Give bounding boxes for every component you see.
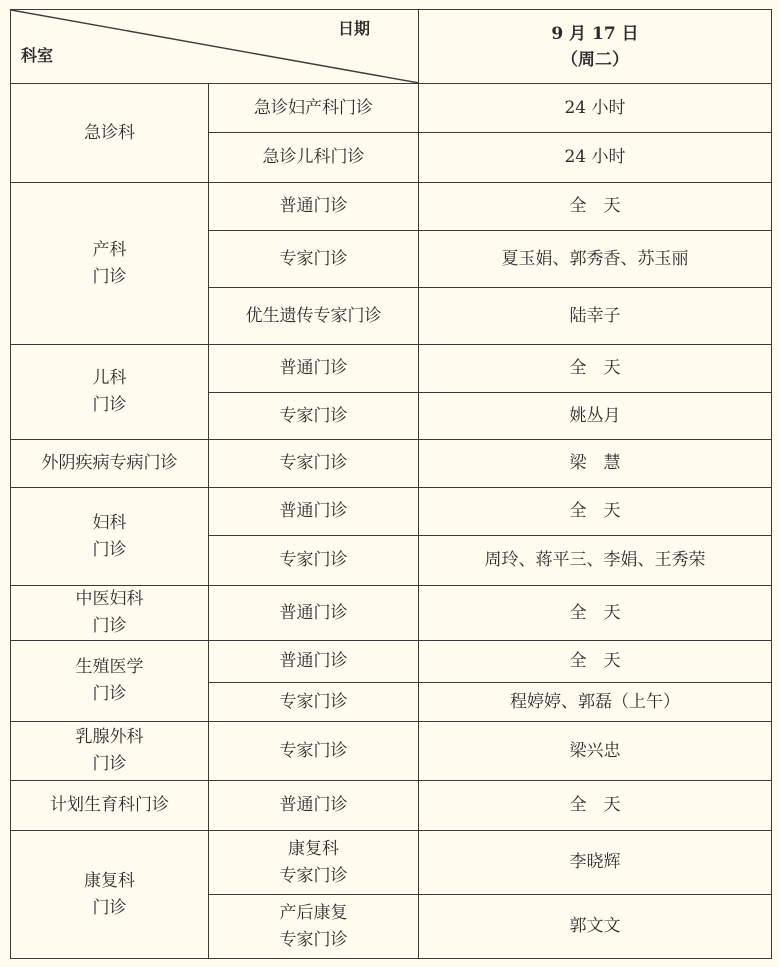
clinic-type-cell: 康复科 专家门诊 xyxy=(209,831,419,895)
clinic-type-cell: 优生遗传专家门诊 xyxy=(209,288,419,345)
schedule-cell: 陆幸子 xyxy=(419,288,772,345)
clinic-type-cell: 专家门诊 xyxy=(209,440,419,488)
clinic-type-cell: 普通门诊 xyxy=(209,641,419,683)
clinic-type-cell: 产后康复 专家门诊 xyxy=(209,895,419,959)
clinic-type-cell: 专家门诊 xyxy=(209,722,419,781)
department-cell: 急诊科 xyxy=(11,84,209,183)
table-row: 妇科 门诊 普通门诊 全 天 xyxy=(11,488,772,536)
schedule-cell: 24 小时 xyxy=(419,133,772,183)
table-row: 乳腺外科 门诊 专家门诊 梁兴忠 xyxy=(11,722,772,781)
department-cell: 中医妇科 门诊 xyxy=(11,586,209,641)
schedule-cell: 李晓辉 xyxy=(419,831,772,895)
schedule-cell: 程婷婷、郭磊（上午） xyxy=(419,683,772,722)
clinic-type-cell: 普通门诊 xyxy=(209,183,419,231)
department-cell: 外阴疾病专病门诊 xyxy=(11,440,209,488)
date-header-cell: 9 月 17 日 （周二） xyxy=(419,10,772,84)
schedule-cell: 24 小时 xyxy=(419,84,772,133)
department-cell: 生殖医学 门诊 xyxy=(11,641,209,722)
schedule-cell: 全 天 xyxy=(419,781,772,831)
department-cell: 计划生育科门诊 xyxy=(11,781,209,831)
department-cell: 康复科 门诊 xyxy=(11,831,209,959)
department-axis-label: 科室 xyxy=(21,42,53,69)
department-cell: 产科 门诊 xyxy=(11,183,209,345)
clinic-type-cell: 专家门诊 xyxy=(209,536,419,586)
schedule-cell: 郭文文 xyxy=(419,895,772,959)
schedule-cell: 周玲、蒋平三、李娟、王秀荣 xyxy=(419,536,772,586)
schedule-cell: 夏玉娟、郭秀香、苏玉丽 xyxy=(419,231,772,288)
table-row: 生殖医学 门诊 普通门诊 全 天 xyxy=(11,641,772,683)
table-row: 产科 门诊 普通门诊 全 天 xyxy=(11,183,772,231)
clinic-type-cell: 普通门诊 xyxy=(209,781,419,831)
department-cell: 妇科 门诊 xyxy=(11,488,209,586)
schedule-cell: 全 天 xyxy=(419,641,772,683)
clinic-type-cell: 急诊妇产科门诊 xyxy=(209,84,419,133)
weekday-label: （周二） xyxy=(419,47,771,73)
schedule-cell: 梁兴忠 xyxy=(419,722,772,781)
clinic-type-cell: 普通门诊 xyxy=(209,345,419,393)
department-cell: 儿科 门诊 xyxy=(11,345,209,440)
date-label: 9 月 17 日 xyxy=(419,21,771,47)
schedule-cell: 梁 慧 xyxy=(419,440,772,488)
schedule-cell: 姚丛月 xyxy=(419,393,772,440)
clinic-type-cell: 专家门诊 xyxy=(209,393,419,440)
schedule-cell: 全 天 xyxy=(419,345,772,393)
table-row: 急诊科 急诊妇产科门诊 24 小时 xyxy=(11,84,772,133)
clinic-type-cell: 专家门诊 xyxy=(209,231,419,288)
table-row: 康复科 门诊 康复科 专家门诊 李晓辉 xyxy=(11,831,772,895)
table-row: 儿科 门诊 普通门诊 全 天 xyxy=(11,345,772,393)
clinic-type-cell: 专家门诊 xyxy=(209,683,419,722)
date-axis-label: 日期 xyxy=(338,15,370,42)
schedule-cell: 全 天 xyxy=(419,586,772,641)
clinic-type-cell: 急诊儿科门诊 xyxy=(209,133,419,183)
table-row: 中医妇科 门诊 普通门诊 全 天 xyxy=(11,586,772,641)
clinic-schedule-table: 日期 科室 9 月 17 日 （周二） 急诊科 急诊妇产科门诊 24 小时 急诊… xyxy=(10,9,772,959)
schedule-cell: 全 天 xyxy=(419,488,772,536)
table-row: 外阴疾病专病门诊 专家门诊 梁 慧 xyxy=(11,440,772,488)
clinic-type-cell: 普通门诊 xyxy=(209,488,419,536)
diagonal-header-cell: 日期 科室 xyxy=(11,10,419,84)
table-row: 计划生育科门诊 普通门诊 全 天 xyxy=(11,781,772,831)
clinic-type-cell: 普通门诊 xyxy=(209,586,419,641)
header-row: 日期 科室 9 月 17 日 （周二） xyxy=(11,10,772,84)
department-cell: 乳腺外科 门诊 xyxy=(11,722,209,781)
schedule-cell: 全 天 xyxy=(419,183,772,231)
